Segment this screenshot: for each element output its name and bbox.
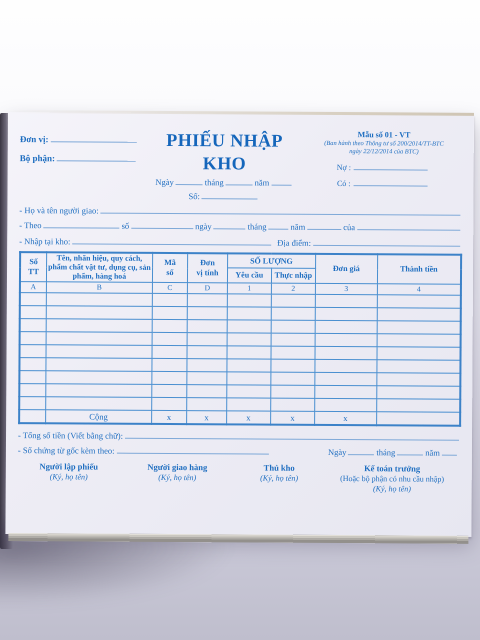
deliverer-label: - Họ và tên người giao: [19, 205, 98, 216]
empty-cell [376, 398, 460, 412]
letter-b: B [46, 281, 152, 293]
col-amount: Thành tiền [377, 254, 461, 284]
signature-title: Thủ kho [235, 463, 324, 474]
empty-cell [152, 332, 187, 345]
empty-cell [19, 383, 46, 396]
empty-cell [271, 333, 315, 346]
warehouse-line: - Nhập tại kho: Địa điểm: [19, 236, 462, 249]
empty-cell [226, 397, 270, 410]
signature-subtitle: (Ký, họ tên) [120, 473, 235, 484]
date-year-blank [271, 178, 291, 186]
empty-cell [46, 305, 152, 319]
empty-cell [377, 294, 461, 308]
empty-cell [227, 371, 271, 384]
empty-cell [151, 397, 186, 410]
empty-cell [271, 359, 315, 372]
empty-cell [46, 292, 152, 306]
date-day-blank [176, 177, 203, 185]
empty-cell [315, 385, 377, 398]
total-label-cell: Cộng [46, 409, 152, 424]
col-qty-received: Thực nhập [271, 268, 315, 283]
total-mark-cell: x [270, 411, 314, 425]
empty-cell [271, 294, 315, 307]
photo-stage: Đơn vị: Bộ phận: PHIẾU NHẬP KHO Ngày thá… [0, 0, 480, 640]
signature-chief-accountant: Kế toán trưởng (Hoặc bộ phận có nhu cầu … [323, 463, 461, 494]
debit-line: Nợ : [305, 161, 463, 173]
dept-blank [57, 154, 136, 162]
empty-cell [152, 345, 187, 358]
total-in-words-label: - Tổng số tiền (Viết bằng chữ): [18, 430, 123, 441]
letter-2: 2 [271, 283, 315, 294]
warehouse-blank [72, 236, 271, 245]
issued-note-line2: ngày 22/12/2014 của BTC) [305, 148, 463, 157]
date-year-word: năm [255, 178, 270, 189]
number-blank [202, 191, 258, 199]
form-title: PHIẾU NHẬP KHO [144, 129, 305, 175]
col-price: Đơn giá [315, 254, 377, 284]
empty-cell [46, 344, 152, 358]
header-date-line: Ngày tháng năm [144, 177, 305, 189]
total-mark-cell: x [315, 411, 377, 425]
empty-cell [227, 293, 271, 306]
form-header: Đơn vị: Bộ phận: PHIẾU NHẬP KHO Ngày thá… [19, 128, 462, 203]
empty-cell [271, 385, 315, 398]
theo-label: - Theo [19, 220, 41, 231]
empty-cell [315, 333, 377, 346]
empty-cell [377, 333, 461, 347]
thang-word: tháng [248, 222, 267, 233]
attached-docs-line: - Số chứng từ gốc kèm theo: Ngày tháng n… [18, 445, 461, 458]
letter-c: C [152, 282, 187, 293]
empty-cell [187, 306, 227, 319]
footer-date-year-blank [442, 447, 457, 455]
location-blank [313, 237, 460, 246]
cua-word: của [343, 222, 355, 233]
cua-blank [357, 223, 460, 232]
debit-label: Nợ : [337, 163, 351, 173]
signature-row: Người lập phiếu (Ký, họ tên) Người giao … [18, 461, 461, 494]
theo-blank [44, 221, 120, 229]
empty-cell [271, 372, 315, 385]
total-row: Cộng x x x x x [19, 409, 460, 426]
empty-cell [20, 318, 47, 331]
number-label: Số: [189, 191, 200, 202]
col-stt: SốTT [20, 252, 47, 282]
signature-deliverer: Người giao hàng (Ký, họ tên) [120, 462, 235, 493]
attached-docs-blank [116, 445, 268, 454]
credit-line: Có : [305, 177, 463, 189]
empty-cell [187, 384, 227, 397]
signature-subtitle: (Ký, họ tên) [18, 472, 120, 483]
signature-title: Kế toán trưởng [323, 463, 460, 474]
signature-subtitle: (Ký, họ tên) [323, 484, 460, 495]
deliverer-blank [101, 206, 461, 216]
empty-cell [46, 370, 152, 384]
empty-cell [227, 358, 271, 371]
ngay-blank [214, 222, 246, 230]
empty-cell [152, 293, 187, 306]
date-month-word: tháng [205, 177, 224, 188]
signature-title: Người giao hàng [120, 462, 235, 473]
dept-label: Bộ phận: [20, 153, 55, 164]
col-code: Mãsố [152, 253, 187, 283]
nam-blank [307, 222, 341, 230]
empty-cell [271, 307, 315, 320]
empty-cell [187, 358, 227, 371]
letter-3: 3 [315, 283, 377, 294]
empty-cell [315, 359, 377, 372]
empty-cell [46, 357, 152, 371]
footer-date-year-word: năm [425, 447, 440, 458]
nam-word: năm [291, 222, 306, 233]
empty-cell [19, 357, 46, 370]
empty-cell [187, 319, 227, 332]
attached-docs-label: - Số chứng từ gốc kèm theo: [18, 445, 115, 456]
empty-cell [19, 396, 46, 409]
empty-cell [377, 359, 461, 373]
goods-received-note-form: Đơn vị: Bộ phận: PHIẾU NHẬP KHO Ngày thá… [5, 112, 474, 537]
total-in-words-line: - Tổng số tiền (Viết bằng chữ): [18, 430, 461, 443]
empty-cell [46, 318, 152, 332]
empty-cell [315, 398, 377, 411]
signature-subtitle: (Ký, họ tên) [235, 473, 324, 484]
total-amount-cell [376, 411, 460, 426]
header-center: PHIẾU NHẬP KHO Ngày tháng năm Số: [144, 129, 306, 202]
empty-cell [20, 344, 47, 357]
total-in-words-blank [125, 431, 459, 441]
signature-storekeeper: Thủ kho (Ký, họ tên) [235, 463, 324, 494]
empty-cell [187, 371, 227, 384]
empty-cell [187, 397, 227, 410]
empty-cell [187, 332, 227, 345]
signature-preparer: Người lập phiếu (Ký, họ tên) [18, 461, 120, 492]
empty-cell [376, 372, 460, 386]
table-header: SốTT Tên, nhãn hiệu, quy cách, phẩm chất… [20, 252, 461, 295]
empty-cell [227, 332, 271, 345]
footer-date-line: Ngày tháng năm [328, 447, 459, 458]
total-mark-cell: x [187, 410, 227, 424]
col-unit: Đơnvị tính [188, 253, 228, 283]
empty-cell [376, 385, 460, 399]
letter-a: A [20, 281, 47, 292]
empty-cell [271, 398, 315, 411]
receipt-pad: Đơn vị: Bộ phận: PHIẾU NHẬP KHO Ngày thá… [5, 112, 474, 537]
empty-cell [152, 384, 187, 397]
empty-cell [187, 293, 227, 306]
signature-note: (Hoặc bộ phận có nhu cầu nhập) [323, 474, 460, 485]
empty-cell [46, 331, 152, 345]
empty-cell [227, 306, 271, 319]
reference-line: - Theo số ngày tháng năm của [19, 220, 462, 233]
total-mark-cell: x [151, 410, 186, 424]
empty-cell [377, 320, 461, 334]
empty-cell [152, 358, 187, 371]
credit-blank [354, 178, 428, 186]
signature-title: Người lập phiếu [18, 461, 120, 472]
empty-cell [315, 294, 377, 307]
empty-cell [227, 345, 271, 358]
empty-cell [271, 346, 315, 359]
empty-cell [20, 331, 47, 344]
credit-label: Có : [337, 179, 351, 189]
footer-date-month-word: tháng [376, 447, 395, 458]
empty-cell [20, 292, 47, 305]
location-label: Địa điểm: [277, 237, 311, 248]
so-word: số [122, 221, 130, 232]
empty-cell [152, 306, 187, 319]
date-day-word: Ngày [155, 177, 173, 188]
header-number-line: Số: [144, 190, 305, 202]
date-month-blank [226, 177, 253, 185]
unit-blank [51, 134, 137, 143]
ngay-word: ngày [195, 222, 212, 233]
empty-cell [227, 319, 271, 332]
debit-blank [354, 162, 428, 170]
total-stt-cell [19, 409, 46, 423]
letter-4: 4 [377, 283, 461, 295]
empty-cell [315, 346, 377, 359]
header-left: Đơn vị: Bộ phận: [20, 128, 144, 173]
empty-cell [271, 320, 315, 333]
header-right: Mẫu số 01 - VT (Ban hành theo Thông tư s… [305, 130, 463, 190]
empty-cell [315, 320, 377, 333]
thang-blank [269, 222, 289, 230]
letter-1: 1 [227, 282, 271, 293]
letter-d: D [187, 282, 227, 293]
col-qty-requested: Yêu cầu [227, 268, 271, 283]
empty-cell [152, 371, 187, 384]
footer-date-month-blank [397, 447, 423, 455]
footer-date-day-blank [348, 447, 374, 455]
warehouse-label: - Nhập tại kho: [19, 236, 70, 247]
footer-date-day-word: Ngày [328, 447, 346, 458]
empty-cell [152, 319, 187, 332]
empty-cell [46, 383, 152, 397]
empty-cell [377, 346, 461, 360]
empty-cell [226, 384, 270, 397]
footer-lines: - Tổng số tiền (Viết bằng chữ): - Số chứ… [18, 430, 461, 458]
empty-cell [315, 307, 377, 320]
deliverer-line: - Họ và tên người giao: [19, 205, 462, 218]
empty-cell [19, 370, 46, 383]
empty-cell [20, 305, 47, 318]
col-name: Tên, nhãn hiệu, quy cách, phẩm chất vật … [46, 252, 152, 282]
empty-cell [187, 345, 227, 358]
table-body [19, 292, 461, 412]
empty-cell [377, 307, 461, 321]
empty-cell [315, 372, 377, 385]
total-mark-cell: x [226, 410, 270, 424]
items-table: SốTT Tên, nhãn hiệu, quy cách, phẩm chất… [18, 251, 462, 427]
unit-label: Đơn vị: [20, 134, 49, 145]
empty-cell [46, 396, 152, 410]
so-blank [131, 221, 193, 229]
col-quantity: SỐ LƯỢNG [227, 253, 315, 269]
info-lines: - Họ và tên người giao: - Theo số ngày t… [19, 205, 462, 249]
